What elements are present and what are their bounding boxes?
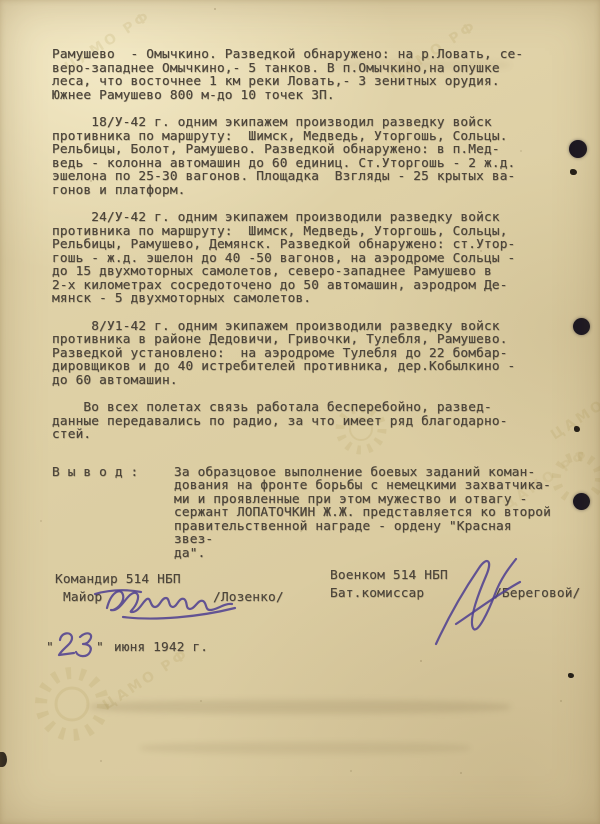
commander-signature	[93, 580, 243, 624]
paper-speck	[570, 169, 577, 175]
conclusion-label: В ы в о д :	[52, 466, 174, 561]
conclusion-block: В ы в о д : За образцовое выполнение бое…	[52, 466, 552, 561]
paper-speck	[568, 673, 574, 678]
paper-speck	[574, 426, 580, 432]
edge-stain	[0, 752, 7, 767]
punch-hole	[573, 493, 590, 510]
report-paragraph: 8/У1-42 г. одним экипажем производили ра…	[52, 320, 552, 388]
punch-hole	[573, 318, 590, 335]
archive-watermark: ЦАМО РФ	[548, 376, 600, 444]
report-paragraph: Рамушево - Омычкино. Разведкой обнаружен…	[52, 48, 552, 102]
report-body: Рамушево - Омычкино. Разведкой обнаружен…	[52, 48, 552, 560]
date-text: июня 1942 г.	[106, 640, 208, 655]
report-paragraph: 18/У-42 г. одним экипажем производил раз…	[52, 116, 552, 197]
conclusion-text: За образцовое выполнение боевых заданий …	[174, 466, 552, 561]
commissar-rank: Бат.комиссар	[330, 586, 424, 601]
date-open-quote: "	[46, 640, 54, 655]
scanned-document-page: ЦАМО РФ ЦАМО РФ ЦАМО РФ ЦАМО РФ ЦАМО РФ …	[0, 0, 600, 824]
punch-hole	[569, 140, 587, 158]
date-close-quote: "	[96, 640, 104, 655]
bleed-through-smudge	[140, 742, 470, 754]
bleed-through-smudge	[90, 700, 510, 714]
paper-grain	[0, 0, 2, 2]
commissar-signature	[428, 552, 524, 650]
report-paragraph: 24/У-42 г. одним экипажем производили ра…	[52, 211, 552, 306]
archive-watermark: ЦАМО РФ	[100, 646, 192, 714]
report-paragraph: Во всех полетах связь работала бесперебо…	[52, 401, 552, 442]
handwritten-day	[54, 628, 96, 660]
archive-stamp-gear-icon	[30, 662, 114, 746]
